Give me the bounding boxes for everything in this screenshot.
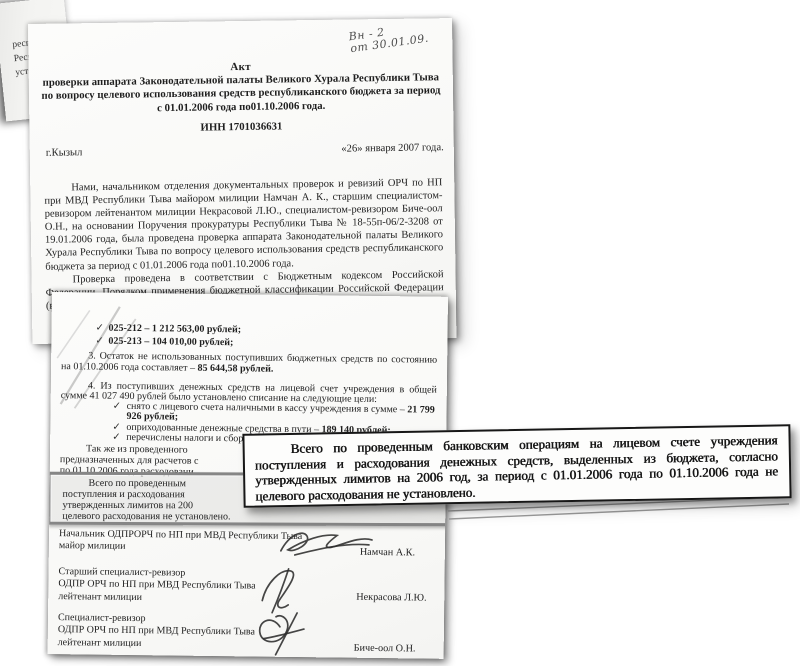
check-icon: ✓ — [112, 433, 124, 444]
signatory-block-namchan: Начальник ОДПРОРЧ по НП при МВД Республи… — [59, 528, 302, 556]
date-label: «26» января 2007 года. — [341, 142, 444, 154]
signatory-rank: майор милиции — [59, 541, 302, 556]
signatory-name: Биче-оол О.Н. — [354, 643, 416, 655]
pencil-scribble-mark — [52, 296, 173, 417]
document-title-body: проверки аппарата Законодательной палаты… — [41, 71, 442, 117]
signatory-rank: лейтенант милиции — [58, 637, 255, 652]
inn-line: ИНН 1701036631 — [29, 118, 453, 136]
city-label: г.Кызыл — [46, 147, 83, 159]
balance-amount: 85 644,58 рублей. — [197, 362, 273, 374]
signatory-name: Некрасова Л.Ю. — [356, 592, 426, 604]
signatory-rank: лейтенант милиции — [58, 591, 255, 606]
scan-background: Вн - 2 от 30.01.09. Акт проверки аппарат… — [0, 0, 800, 666]
signatory-block-biche-ool: Специалист-ревизор ОДПР ОРЧ по НП при МВ… — [58, 612, 256, 652]
city-date-row: г.Кызыл «26» января 2007 года. — [46, 142, 444, 159]
signature-biche-ool-icon — [252, 608, 313, 657]
signatory-name: Намчан А.К. — [360, 547, 415, 559]
paragraph-auditors: Нами, начальником отделения документальн… — [44, 176, 443, 273]
signatory-block-nekrasova: Старший специалист-ревизор ОДПР ОРЧ по Н… — [58, 566, 256, 606]
handwritten-registration-note: Вн - 2 от 30.01.09. — [348, 21, 430, 56]
callout-text: Всего по проведенным банковским операция… — [244, 426, 789, 504]
highlight-line: целевого расходования не установлено. — [62, 511, 448, 523]
signature-nekrasova-icon — [254, 564, 311, 615]
magnified-excerpt-callout: Всего по проведенным банковским операция… — [242, 424, 791, 508]
